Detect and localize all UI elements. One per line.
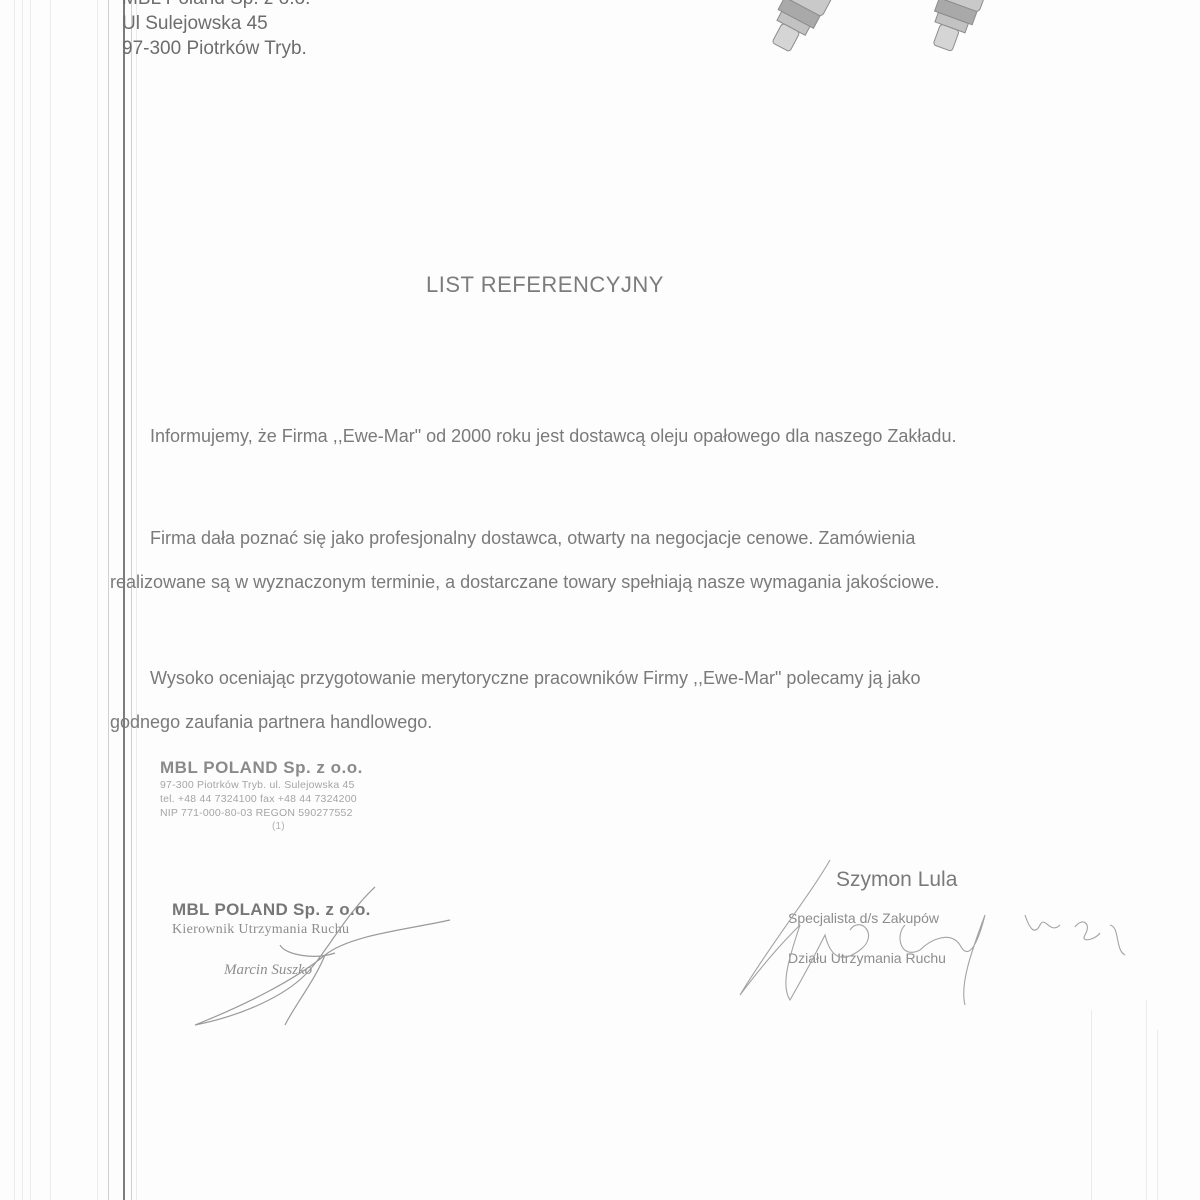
signature-block-left: MBL POLAND Sp. z o.o. Kierownik Utrzyman… xyxy=(172,900,371,979)
paragraph-3-text: Wysoko oceniając przygotowanie merytoryc… xyxy=(110,668,921,732)
paragraph-1: Informujemy, że Firma ,,Ewe-Mar" od 2000… xyxy=(110,414,980,458)
stamp-company: MBL POLAND Sp. z o.o. xyxy=(160,758,363,778)
stamp-phone: tel. +48 44 7324100 fax +48 44 7324200 xyxy=(160,792,363,806)
paragraph-2-text: Firma dała poznać się jako profesjonalny… xyxy=(110,528,939,592)
signer-right-role-line-2: Działu Utrzymania Ruchu xyxy=(788,950,957,966)
stamp-registration: NIP 771-000-80-03 REGON 590277552 xyxy=(160,806,363,820)
paragraph-1-text: Informujemy, że Firma ,,Ewe-Mar" od 2000… xyxy=(150,426,956,446)
paragraph-2: Firma dała poznać się jako profesjonalny… xyxy=(110,516,980,604)
letterhead-address: MBL Poland Sp. z o.o. Ul Sulejowska 45 9… xyxy=(122,0,310,61)
signer-left-company: MBL POLAND Sp. z o.o. xyxy=(172,900,371,920)
letterhead-street: Ul Sulejowska 45 xyxy=(122,11,310,36)
letterhead-city: 97-300 Piotrków Tryb. xyxy=(122,36,310,61)
signer-right-role-line-1: Specjalista d/s Zakupów xyxy=(788,910,957,926)
signature-block-right: Szymon Lula Specjalista d/s Zakupów Dzia… xyxy=(780,868,957,966)
signer-left-name: Marcin Suszko xyxy=(224,962,371,979)
signer-right-name: Szymon Lula xyxy=(836,868,957,892)
document-title: LIST REFERENCYJNY xyxy=(0,272,1090,298)
paragraph-3: Wysoko oceniając przygotowanie merytoryc… xyxy=(110,656,980,744)
company-stamp: MBL POLAND Sp. z o.o. 97-300 Piotrków Tr… xyxy=(160,758,363,834)
signer-left-role: Kierownik Utrzymania Ruchu xyxy=(172,922,371,938)
bolts-logo-image xyxy=(740,0,1000,80)
letterhead-company: MBL Poland Sp. z o.o. xyxy=(122,0,310,11)
stamp-address: 97-300 Piotrków Tryb. ul. Sulejowska 45 xyxy=(160,778,363,792)
stamp-number: (1) xyxy=(160,820,363,834)
